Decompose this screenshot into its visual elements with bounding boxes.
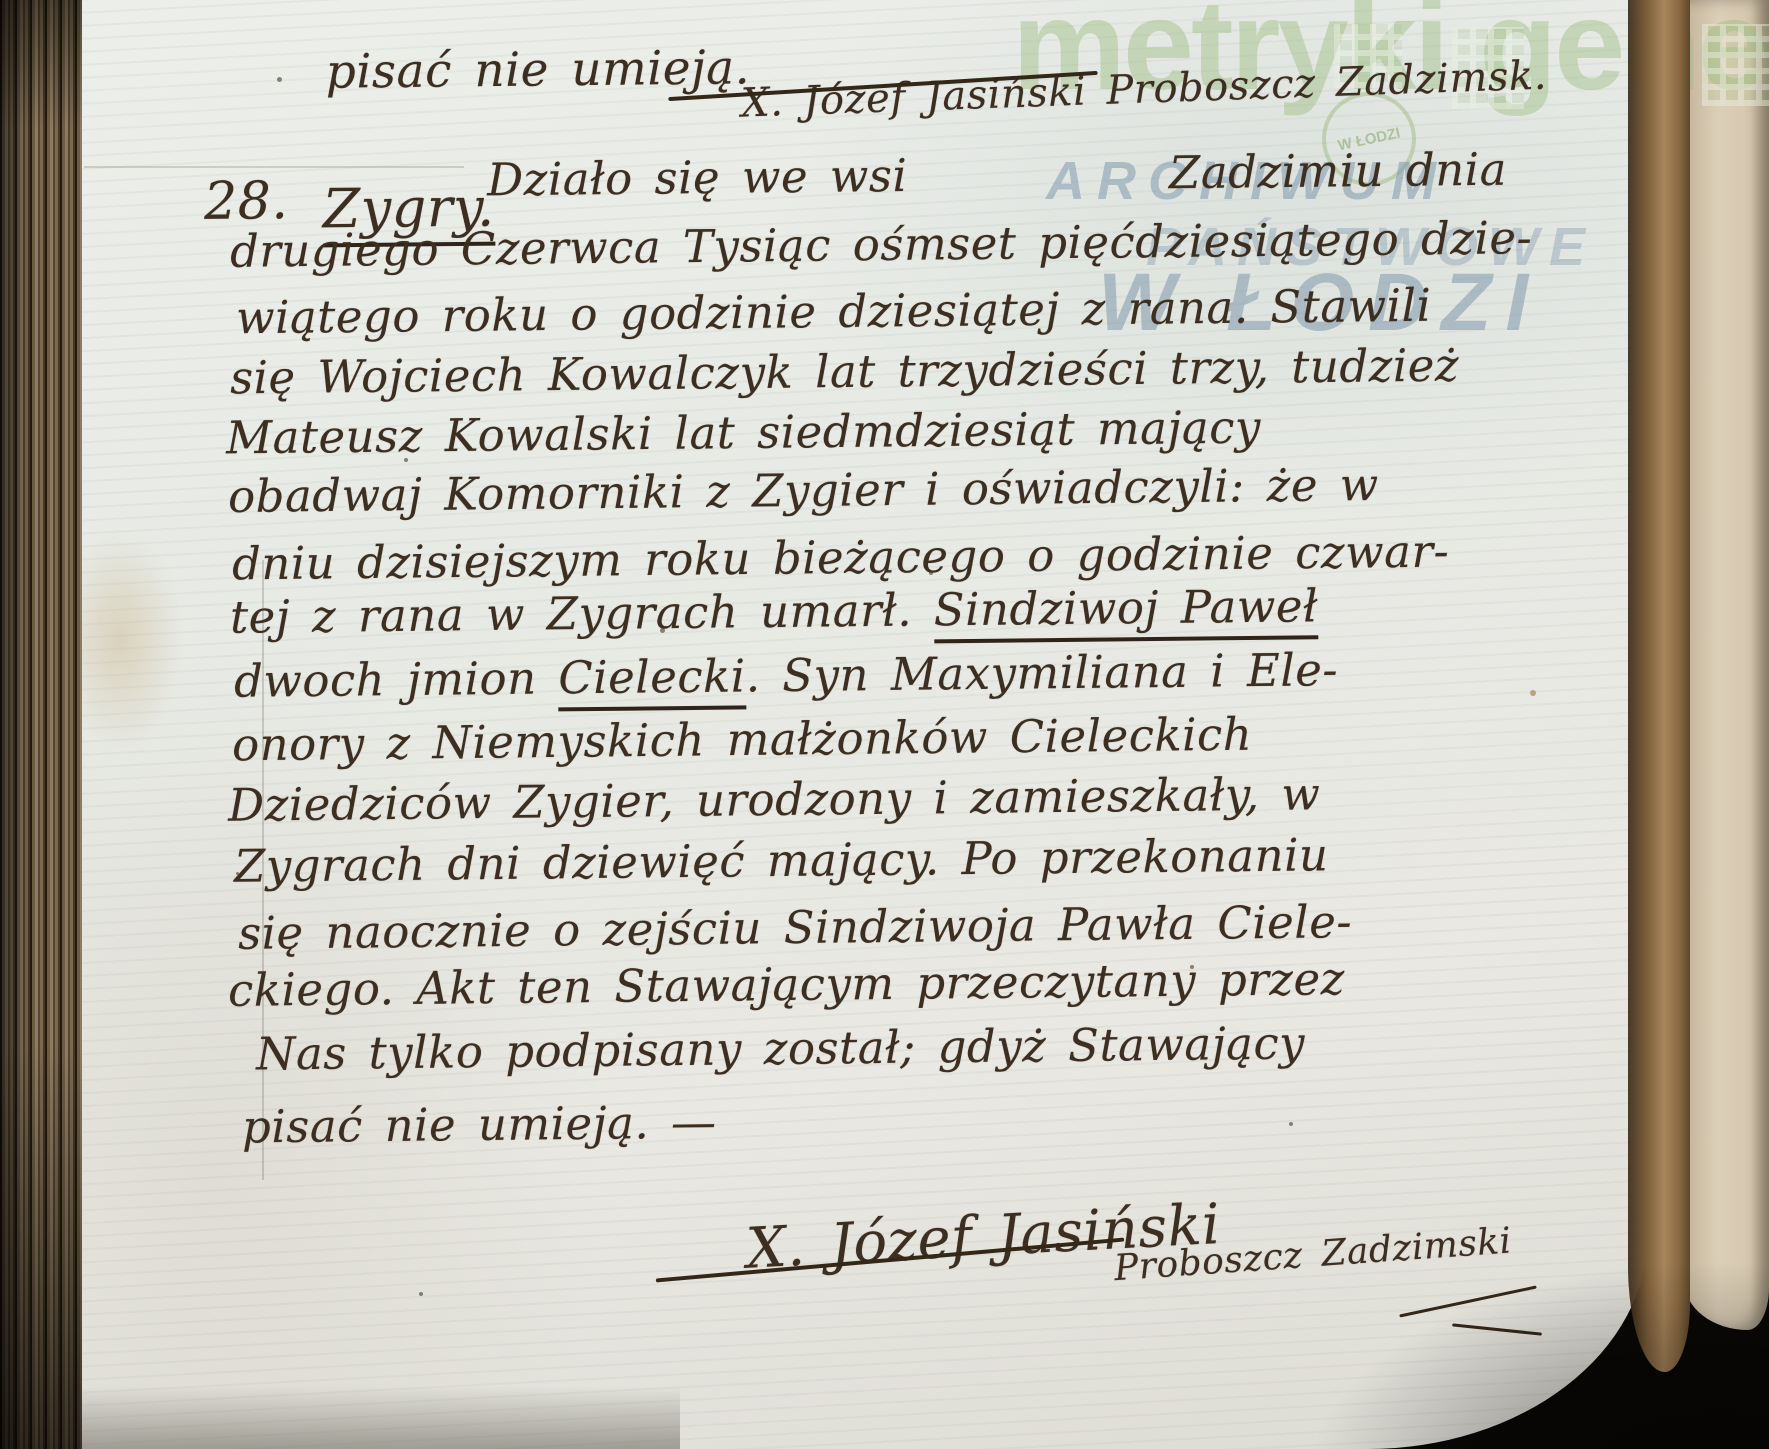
manuscript-line: onory z Niemyskich małżonków Cieleckich <box>232 708 1253 772</box>
line-underlined-text: Cielecki <box>558 649 746 711</box>
adjacent-page-edge <box>1684 0 1769 1330</box>
page-fold-gutter <box>1628 0 1690 1372</box>
page-bottom-shadow <box>60 1386 680 1449</box>
line-text: onory z Niemyskich małżonków Cieleckich <box>232 708 1253 772</box>
line-text: . Syn Maxymiliana i Ele- <box>745 643 1338 702</box>
manuscript-line: Nas tylko podpisany został; gdyż Stawają… <box>256 1017 1306 1081</box>
ink-speck <box>277 77 282 82</box>
ink-speck <box>404 458 408 462</box>
manuscript-line: Działo się we wsi Zadzimiu dnia <box>487 143 1507 207</box>
scanned-register-page: metryki gene W ŁODZI ARCHIWUM PAŃSTWOWE … <box>0 0 1769 1449</box>
line-text: tej z rana w Zygrach umarł. <box>230 583 934 643</box>
priest-title-text: Proboszcz Zadzimski <box>1113 1221 1513 1290</box>
ink-speck <box>1190 965 1194 969</box>
manuscript-line: pisać nie umieją. — <box>242 1096 717 1154</box>
line-text: Mateusz Kowalski lat siedmdziesiąt mając… <box>226 401 1261 465</box>
ink-speck <box>236 872 239 875</box>
line-text: Nas tylko podpisany został; gdyż Stawają… <box>256 1017 1306 1081</box>
line-text: pisać nie umieją. — <box>242 1096 717 1154</box>
manuscript-line: Mateusz Kowalski lat siedmdziesiąt mając… <box>226 401 1261 465</box>
manuscript-line: tej z rana w Zygrach umarł. Sindziwoj Pa… <box>230 579 1319 643</box>
ink-speck <box>1289 1122 1293 1126</box>
binding-shadow <box>0 0 82 1449</box>
line-text: dwoch jmion <box>234 651 559 707</box>
building-watermark-icon <box>1702 24 1769 106</box>
ink-speck <box>556 242 561 247</box>
priest-signature-text: X. Józef Jasiński Proboszcz Zadzimsk. <box>740 53 1547 127</box>
ink-speck <box>660 628 665 633</box>
ink-speck <box>929 571 933 575</box>
paper-stain-speck <box>1530 690 1536 696</box>
line-text: Działo się we wsi Zadzimiu dnia <box>487 143 1507 207</box>
ink-speck <box>419 1292 423 1296</box>
line-underlined-text: Sindziwoj Paweł <box>933 579 1318 643</box>
